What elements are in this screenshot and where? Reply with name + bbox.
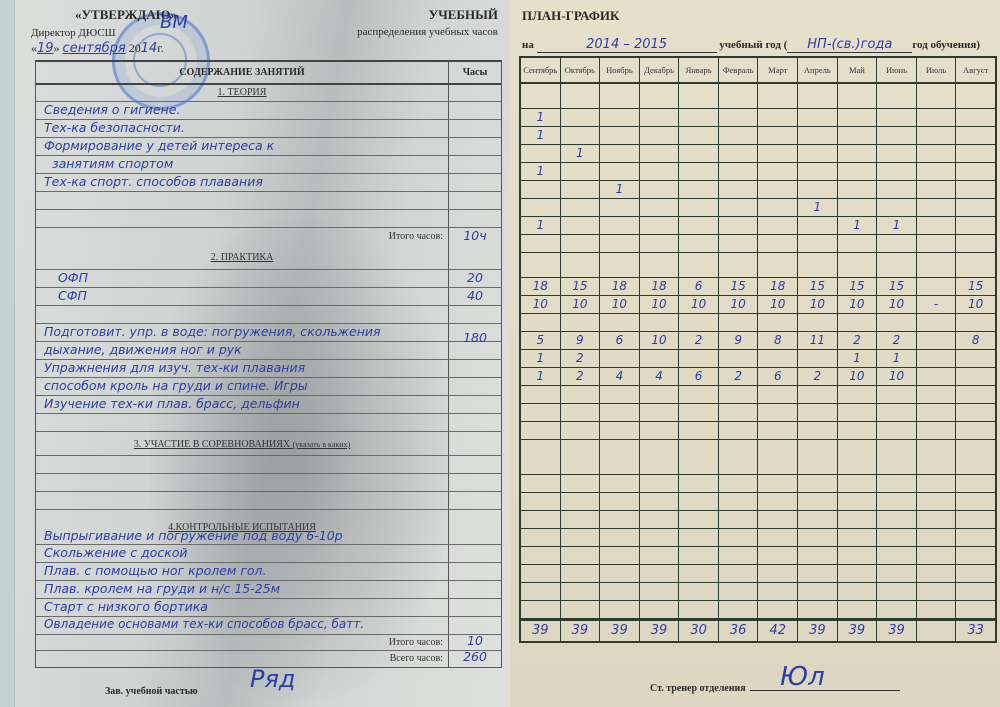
schedule-cell bbox=[521, 529, 561, 546]
schedule-cell bbox=[640, 583, 680, 600]
schedule-cell bbox=[521, 181, 561, 198]
table-header: СОДЕРЖАНИЕ ЗАНЯТИЙ Часы bbox=[36, 62, 501, 85]
schedule-cell bbox=[798, 475, 838, 492]
schedule-cell: 1 bbox=[877, 217, 917, 234]
schedule-cell bbox=[679, 314, 719, 331]
date-year: 14 bbox=[141, 41, 158, 56]
schedule-cell bbox=[600, 475, 640, 492]
schedule-cell bbox=[877, 422, 917, 439]
schedule-cell bbox=[956, 440, 995, 474]
schedule-cell bbox=[956, 601, 995, 618]
schedule-cell bbox=[640, 217, 680, 234]
academic-year-line: на 2014 – 2015 учебный год (НП-(св.)года… bbox=[522, 37, 1000, 53]
schedule-cell bbox=[679, 422, 719, 439]
schedule-cell bbox=[758, 565, 798, 582]
table-row bbox=[36, 306, 501, 324]
schedule-cell bbox=[758, 386, 798, 403]
schedule-cell bbox=[956, 368, 995, 385]
schedule-cell bbox=[798, 422, 838, 439]
schedule-cell bbox=[561, 235, 601, 252]
schedule-cell bbox=[917, 145, 957, 162]
schedule-cell bbox=[877, 601, 917, 618]
schedule-cell bbox=[956, 547, 995, 564]
schedule-row: 1 bbox=[521, 163, 995, 181]
schedule-cell bbox=[798, 127, 838, 144]
schedule-row: 124462621010 bbox=[521, 368, 995, 386]
schedule-cell bbox=[719, 404, 759, 421]
schedule-cell bbox=[521, 386, 561, 403]
schedule-cell bbox=[758, 314, 798, 331]
director-label: Директор ДЮСШ bbox=[31, 27, 116, 39]
schedule-cell bbox=[877, 440, 917, 474]
monthly-total-cell: 39 bbox=[600, 621, 640, 641]
schedule-cell bbox=[561, 253, 601, 277]
table-row: Изучение тех-ки плав. брасс, дельфин bbox=[36, 396, 501, 414]
schedule-cell: 10 bbox=[640, 332, 680, 349]
month-header-0: Сентябрь bbox=[521, 58, 561, 82]
table-row: занятиям спортом bbox=[36, 156, 501, 174]
schedule-cell bbox=[877, 386, 917, 403]
schedule-cell bbox=[798, 547, 838, 564]
schedule-cell bbox=[679, 217, 719, 234]
schedule-cell bbox=[561, 440, 601, 474]
schedule-cell bbox=[640, 404, 680, 421]
schedule-row bbox=[521, 253, 995, 278]
schedule-cell bbox=[561, 181, 601, 198]
schedule-cell: 2 bbox=[719, 368, 759, 385]
schedule-cell bbox=[956, 386, 995, 403]
table-row: Овладение основами тех-ки способов брасс… bbox=[36, 617, 501, 635]
schedule-cell: - bbox=[917, 296, 957, 313]
schedule-cell bbox=[600, 529, 640, 546]
schedule-cell bbox=[956, 511, 995, 528]
table-row bbox=[36, 492, 501, 510]
schedule-cell: 1 bbox=[877, 350, 917, 367]
control-total-value: 10 bbox=[449, 633, 501, 648]
schedule-cell bbox=[917, 350, 957, 367]
schedule-row bbox=[521, 404, 995, 422]
schedule-cell bbox=[600, 350, 640, 367]
page-edge bbox=[0, 0, 15, 707]
schedule-cell: 2 bbox=[561, 368, 601, 385]
schedule-cell bbox=[640, 386, 680, 403]
schedule-cell bbox=[917, 404, 957, 421]
right-page-schedule: ПЛАН-ГРАФИК на 2014 – 2015 учебный год (… bbox=[510, 0, 1000, 707]
schedule-cell bbox=[798, 583, 838, 600]
month-header-2: Ноябрь bbox=[600, 58, 640, 82]
document-title: УЧЕБНЫЙ bbox=[429, 7, 498, 23]
schedule-cell bbox=[679, 511, 719, 528]
schedule-cell bbox=[758, 547, 798, 564]
schedule-cell bbox=[561, 314, 601, 331]
schedule-cell: 9 bbox=[561, 332, 601, 349]
schedule-cell: 1 bbox=[521, 368, 561, 385]
schedule-row bbox=[521, 422, 995, 440]
schedule-cell bbox=[600, 422, 640, 439]
schedule-cell bbox=[640, 127, 680, 144]
schedule-cell bbox=[521, 145, 561, 162]
schedule-cell bbox=[679, 145, 719, 162]
schedule-cell bbox=[838, 145, 878, 162]
schedule-cell bbox=[838, 199, 878, 216]
schedule-cell bbox=[758, 217, 798, 234]
schedule-cell bbox=[561, 404, 601, 421]
schedule-cell bbox=[956, 127, 995, 144]
schedule-cell bbox=[521, 583, 561, 600]
month-header-row: СентябрьОктябрьНоябрьДекабрьЯнварьФеврал… bbox=[521, 58, 995, 84]
schedule-cell: 5 bbox=[521, 332, 561, 349]
schedule-cell bbox=[838, 475, 878, 492]
schedule-cell bbox=[679, 109, 719, 126]
schedule-cell bbox=[679, 404, 719, 421]
control-total-row: Итого часов: 10 bbox=[36, 635, 501, 651]
schedule-cell bbox=[917, 601, 957, 618]
schedule-cell bbox=[640, 493, 680, 510]
schedule-cell bbox=[600, 565, 640, 582]
schedule-cell bbox=[956, 350, 995, 367]
section-theory-title: 1. ТЕОРИЯ bbox=[36, 85, 501, 102]
schedule-cell bbox=[679, 181, 719, 198]
schedule-cell: 10 bbox=[956, 296, 995, 313]
schedule-cell bbox=[956, 583, 995, 600]
schedule-cell bbox=[838, 583, 878, 600]
schedule-row: 1 bbox=[521, 199, 995, 217]
schedule-cell bbox=[758, 493, 798, 510]
schedule-cell: 2 bbox=[679, 332, 719, 349]
schedule-cell bbox=[956, 84, 995, 108]
table-row: Формирование у детей интереса к bbox=[36, 138, 501, 156]
document-subtitle: распределения учебных часов bbox=[357, 26, 498, 38]
schedule-cell: 2 bbox=[838, 332, 878, 349]
schedule-cell bbox=[600, 127, 640, 144]
schedule-cell bbox=[561, 565, 601, 582]
schedule-cell: 1 bbox=[521, 350, 561, 367]
schedule-cell bbox=[561, 529, 601, 546]
schedule-cell bbox=[798, 84, 838, 108]
schedule-cell bbox=[640, 314, 680, 331]
table-row bbox=[36, 210, 501, 228]
table-row: Сведения о гигиене. bbox=[36, 102, 501, 120]
schedule-cell: 10 bbox=[640, 296, 680, 313]
schedule-cell bbox=[600, 440, 640, 474]
schedule-row bbox=[521, 84, 995, 109]
schedule-cell bbox=[521, 199, 561, 216]
schedule-cell bbox=[640, 601, 680, 618]
schedule-cell: 1 bbox=[798, 199, 838, 216]
monthly-total-cell: 33 bbox=[956, 621, 995, 641]
schedule-cell: 1 bbox=[600, 181, 640, 198]
schedule-cell bbox=[838, 235, 878, 252]
schedule-cell bbox=[877, 84, 917, 108]
schedule-cell bbox=[600, 145, 640, 162]
schedule-cell bbox=[877, 314, 917, 331]
schedule-cell bbox=[838, 181, 878, 198]
schedule-cell bbox=[719, 181, 759, 198]
schedule-row: 1 bbox=[521, 181, 995, 199]
schedule-cell: 10 bbox=[838, 296, 878, 313]
schedule-cell bbox=[679, 199, 719, 216]
table-row bbox=[36, 414, 501, 432]
schedule-cell bbox=[719, 529, 759, 546]
schedule-cell bbox=[917, 278, 957, 295]
schedule-cell bbox=[798, 493, 838, 510]
month-header-8: Май bbox=[838, 58, 878, 82]
schedule-cell bbox=[640, 529, 680, 546]
schedule-cell: 10 bbox=[561, 296, 601, 313]
schedule-row bbox=[521, 547, 995, 565]
schedule-cell bbox=[679, 440, 719, 474]
schedule-cell bbox=[640, 163, 680, 180]
schedule-cell bbox=[640, 109, 680, 126]
schedule-cell bbox=[521, 422, 561, 439]
schedule-row bbox=[521, 601, 995, 619]
schedule-cell: 15 bbox=[877, 278, 917, 295]
schedule-cell bbox=[956, 199, 995, 216]
schedule-cell bbox=[877, 404, 917, 421]
monthly-total-cell: 39 bbox=[521, 621, 561, 641]
schedule-cell bbox=[917, 529, 957, 546]
schedule-cell: 15 bbox=[719, 278, 759, 295]
schedule-cell bbox=[561, 475, 601, 492]
month-header-1: Октябрь bbox=[561, 58, 601, 82]
table-row: Скольжение с доской bbox=[36, 545, 501, 563]
schedule-cell bbox=[679, 475, 719, 492]
schedule-cell bbox=[917, 547, 957, 564]
schedule-cell bbox=[758, 350, 798, 367]
monthly-total-cell bbox=[917, 621, 957, 641]
schedule-cell bbox=[521, 84, 561, 108]
schedule-cell bbox=[917, 235, 957, 252]
schedule-cell bbox=[798, 565, 838, 582]
schedule-cell bbox=[600, 493, 640, 510]
schedule-cell bbox=[679, 127, 719, 144]
schedule-cell bbox=[917, 84, 957, 108]
schedule-cell bbox=[798, 601, 838, 618]
plan-title: ПЛАН-ГРАФИК bbox=[522, 8, 619, 24]
month-header-11: Август bbox=[956, 58, 995, 82]
schedule-cell bbox=[521, 253, 561, 277]
schedule-row bbox=[521, 440, 995, 475]
schedule-cell: 2 bbox=[561, 350, 601, 367]
schedule-cell: 6 bbox=[758, 368, 798, 385]
section-practice-title: 2. ПРАКТИКА bbox=[36, 246, 501, 270]
table-row: Упражнения для изуч. тех-ки плавания bbox=[36, 360, 501, 378]
schedule-cell bbox=[640, 84, 680, 108]
schedule-cell bbox=[758, 511, 798, 528]
schedule-row bbox=[521, 565, 995, 583]
schedule-cell bbox=[758, 440, 798, 474]
month-header-4: Январь bbox=[679, 58, 719, 82]
senior-coach-signature: Юл bbox=[780, 662, 825, 692]
schedule-cell: 8 bbox=[956, 332, 995, 349]
monthly-total-cell: 39 bbox=[561, 621, 601, 641]
schedule-cell: 15 bbox=[561, 278, 601, 295]
schedule-cell bbox=[521, 475, 561, 492]
schedule-cell bbox=[917, 368, 957, 385]
schedule-cell bbox=[758, 109, 798, 126]
schedule-cell bbox=[600, 217, 640, 234]
schedule-cell: 10 bbox=[838, 368, 878, 385]
schedule-cell bbox=[956, 422, 995, 439]
month-header-9: Июнь bbox=[877, 58, 917, 82]
schedule-cell bbox=[917, 583, 957, 600]
table-row: Подготовит. упр. в воде: погружения, ско… bbox=[36, 324, 501, 342]
schedule-cell: 10 bbox=[877, 296, 917, 313]
schedule-cell bbox=[956, 181, 995, 198]
schedule-cell bbox=[798, 440, 838, 474]
schedule-cell: 10 bbox=[877, 368, 917, 385]
section-control-title: 4.КОНТРОЛЬНЫЕ ИСПЫТАНИЯ Выпрыгивание и п… bbox=[36, 510, 501, 545]
schedule-cell bbox=[917, 109, 957, 126]
schedule-row bbox=[521, 511, 995, 529]
schedule-row: 5961029811228 bbox=[521, 332, 995, 350]
schedule-cell bbox=[640, 511, 680, 528]
schedule-cell bbox=[640, 199, 680, 216]
schedule-cell: 2 bbox=[877, 332, 917, 349]
schedule-cell bbox=[600, 511, 640, 528]
schedule-cell: 4 bbox=[640, 368, 680, 385]
schedule-cell bbox=[719, 163, 759, 180]
schedule-cell bbox=[719, 109, 759, 126]
director-signature: ВМ bbox=[160, 12, 188, 33]
month-header-10: Июль bbox=[917, 58, 957, 82]
date-day: 19 bbox=[37, 41, 54, 56]
schedule-cell bbox=[521, 314, 561, 331]
schedule-cell bbox=[600, 199, 640, 216]
schedule-cell bbox=[798, 145, 838, 162]
schedule-cell bbox=[719, 565, 759, 582]
month-header-5: Февраль bbox=[719, 58, 759, 82]
schedule-cell bbox=[798, 404, 838, 421]
schedule-cell bbox=[679, 529, 719, 546]
schedule-cell bbox=[521, 404, 561, 421]
schedule-cell bbox=[521, 511, 561, 528]
schedule-cell bbox=[561, 601, 601, 618]
schedule-row bbox=[521, 386, 995, 404]
schedule-cell bbox=[719, 422, 759, 439]
schedule-cell bbox=[838, 511, 878, 528]
schedule-cell bbox=[679, 565, 719, 582]
schedule-cell bbox=[838, 109, 878, 126]
schedule-cell: 1 bbox=[838, 217, 878, 234]
head-of-studies-signature: Ряд bbox=[250, 665, 296, 693]
schedule-cell bbox=[561, 386, 601, 403]
monthly-total-cell: 36 bbox=[719, 621, 759, 641]
schedule-cell bbox=[877, 583, 917, 600]
schedule-cell bbox=[838, 547, 878, 564]
approval-date: «19» сентября 2014г. bbox=[31, 41, 164, 56]
schedule-cell bbox=[561, 217, 601, 234]
schedule-cell bbox=[640, 253, 680, 277]
schedule-cell: 1 bbox=[561, 145, 601, 162]
schedule-cell: 10 bbox=[798, 296, 838, 313]
schedule-cell: 11 bbox=[798, 332, 838, 349]
schedule-cell bbox=[917, 475, 957, 492]
schedule-cell bbox=[679, 163, 719, 180]
schedule-cell bbox=[838, 386, 878, 403]
table-row bbox=[36, 192, 501, 210]
schedule-row: 181518186151815151515 bbox=[521, 278, 995, 296]
schedule-cell bbox=[679, 386, 719, 403]
schedule-cell bbox=[877, 493, 917, 510]
schedule-cell bbox=[917, 422, 957, 439]
schedule-cell: 1 bbox=[521, 109, 561, 126]
schedule-cell bbox=[758, 404, 798, 421]
schedule-cell bbox=[917, 332, 957, 349]
schedule-row bbox=[521, 314, 995, 332]
theory-total-value: 10ч bbox=[449, 228, 501, 243]
theory-total-row: Итого часов: 10ч bbox=[36, 228, 501, 245]
schedule-cell bbox=[719, 475, 759, 492]
schedule-cell bbox=[561, 422, 601, 439]
schedule-cell bbox=[956, 529, 995, 546]
schedule-cell bbox=[758, 235, 798, 252]
schedule-cell bbox=[917, 199, 957, 216]
study-year-value: НП-(св.)года bbox=[787, 37, 912, 53]
monthly-total-cell: 39 bbox=[838, 621, 878, 641]
schedule-cell bbox=[917, 511, 957, 528]
schedule-cell bbox=[758, 181, 798, 198]
schedule-cell bbox=[877, 235, 917, 252]
schedule-cell bbox=[838, 404, 878, 421]
schedule-row: 1211 bbox=[521, 350, 995, 368]
schedule-cell bbox=[877, 181, 917, 198]
schedule-row: 10101010101010101010-10 bbox=[521, 296, 995, 314]
table-row: способом кроль на груди и спине. Игры bbox=[36, 378, 501, 396]
schedule-cell bbox=[719, 199, 759, 216]
schedule-cell bbox=[719, 511, 759, 528]
schedule-cell bbox=[561, 127, 601, 144]
month-header-6: Март bbox=[758, 58, 798, 82]
schedule-cell bbox=[521, 440, 561, 474]
schedule-cell bbox=[838, 422, 878, 439]
schedule-cell bbox=[640, 547, 680, 564]
table-row: Плав. с помощью ног кролем гол. bbox=[36, 563, 501, 581]
schedule-cell bbox=[561, 163, 601, 180]
schedule-row bbox=[521, 235, 995, 253]
curriculum-table: СОДЕРЖАНИЕ ЗАНЯТИЙ Часы 1. ТЕОРИЯ Сведен… bbox=[35, 60, 502, 668]
schedule-cell bbox=[640, 440, 680, 474]
schedule-cell bbox=[521, 235, 561, 252]
schedule-cell bbox=[956, 163, 995, 180]
schedule-cell bbox=[679, 253, 719, 277]
schedule-row bbox=[521, 493, 995, 511]
practice-hours-value: 180 bbox=[449, 330, 501, 345]
schedule-cell bbox=[561, 109, 601, 126]
schedule-cell bbox=[521, 601, 561, 618]
schedule-cell bbox=[758, 529, 798, 546]
schedule-cell bbox=[877, 199, 917, 216]
schedule-cell: 10 bbox=[679, 296, 719, 313]
date-month: сентября bbox=[63, 41, 126, 56]
schedule-cell: 18 bbox=[758, 278, 798, 295]
schedule-cell bbox=[917, 253, 957, 277]
schedule-cell bbox=[917, 493, 957, 510]
schedule-cell bbox=[600, 109, 640, 126]
schedule-cell bbox=[758, 601, 798, 618]
schedule-cell bbox=[917, 386, 957, 403]
schedule-cell bbox=[600, 163, 640, 180]
schedule-cell bbox=[521, 547, 561, 564]
schedule-cell bbox=[838, 253, 878, 277]
schedule-cell bbox=[600, 253, 640, 277]
schedule-cell bbox=[798, 529, 838, 546]
schedule-cell bbox=[561, 511, 601, 528]
schedule-cell bbox=[838, 493, 878, 510]
table-row: дыхание, движения ног и рук180 bbox=[36, 342, 501, 360]
schedule-cell: 4 bbox=[600, 368, 640, 385]
schedule-cell bbox=[798, 314, 838, 331]
